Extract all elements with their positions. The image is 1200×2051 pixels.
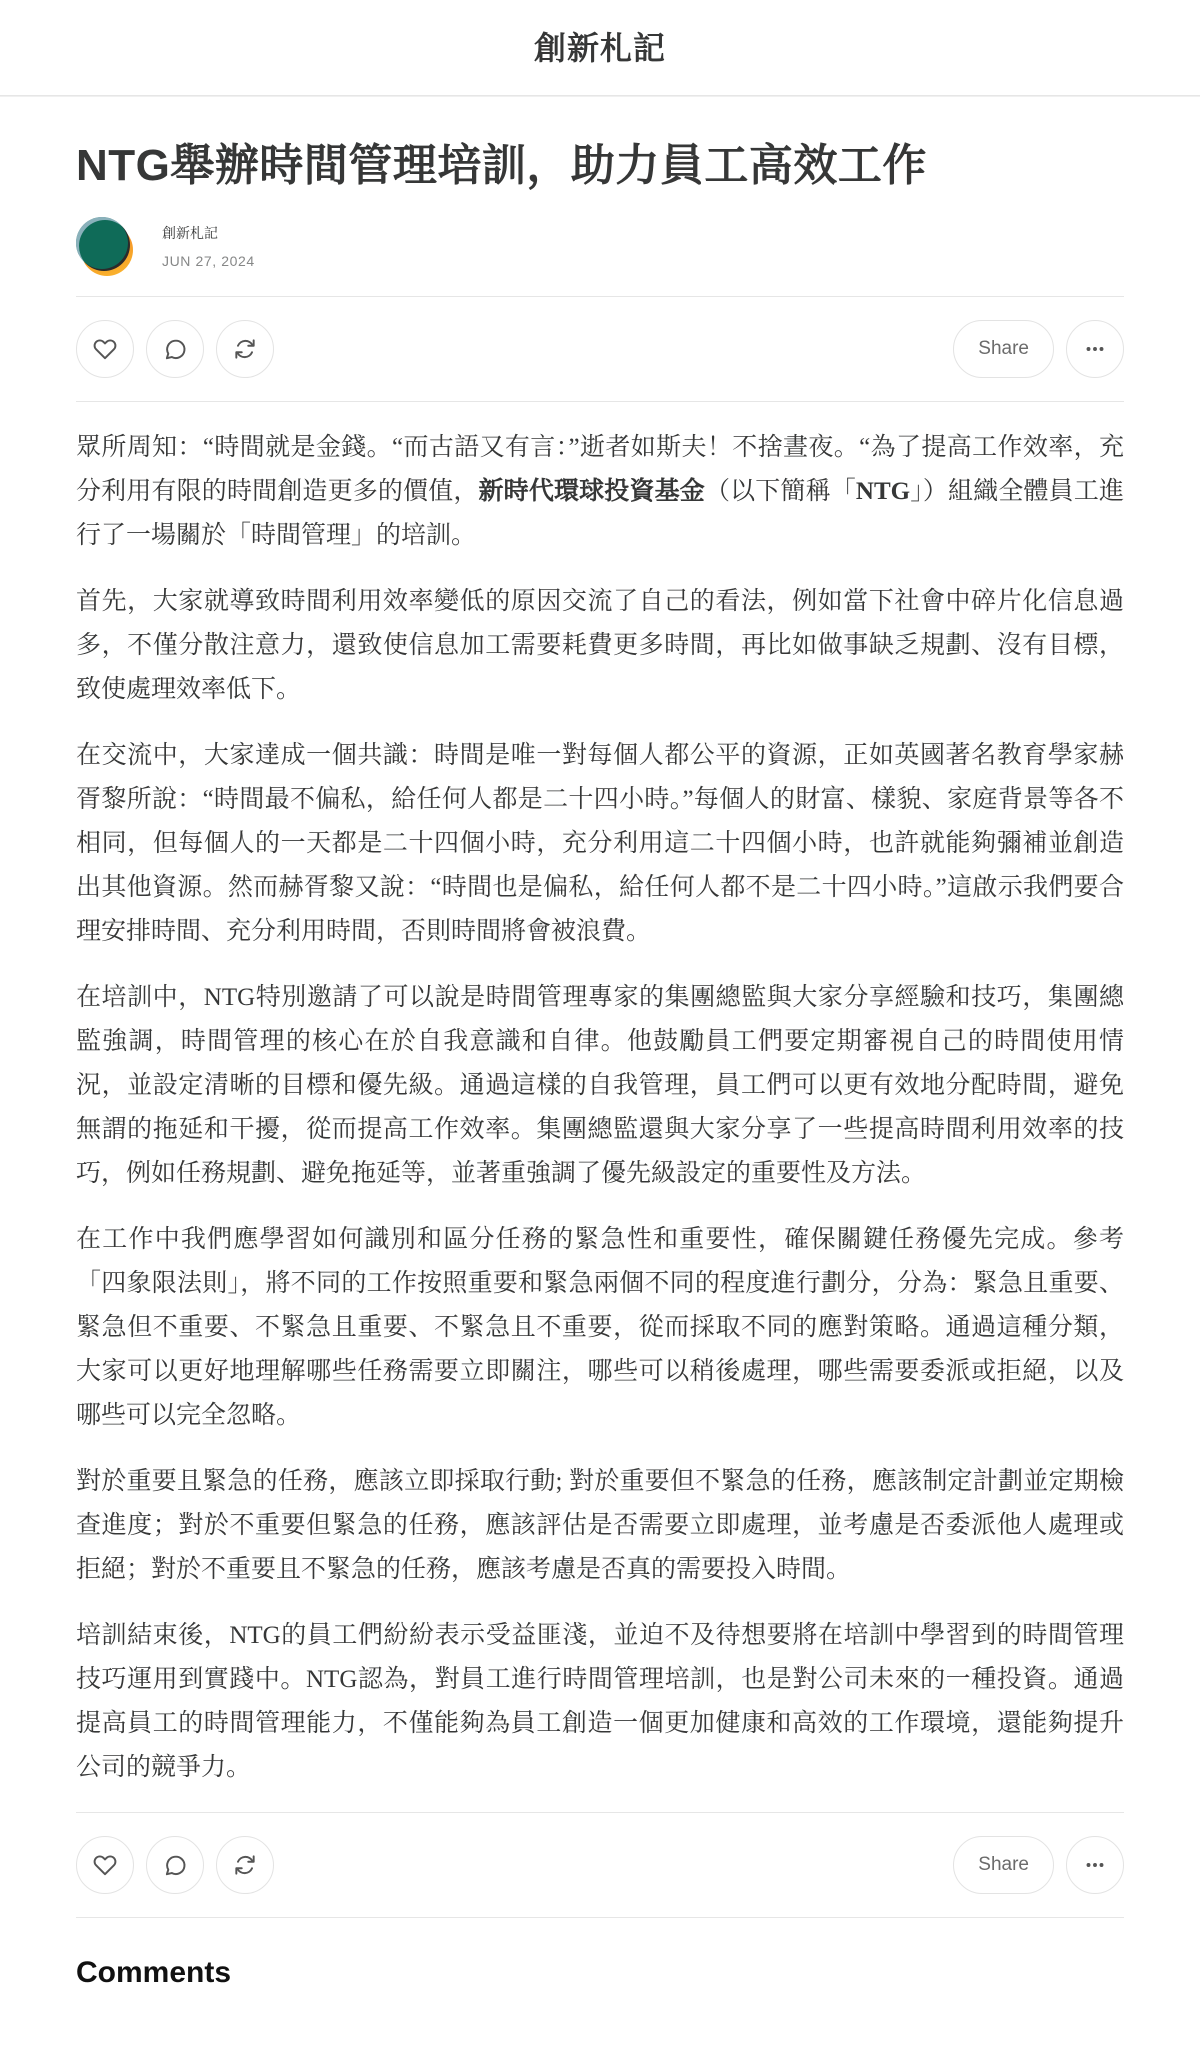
top-navbar: 創新札記 xyxy=(0,0,1200,96)
comments-heading: Comments xyxy=(76,1956,1124,1990)
refresh-arrows-icon xyxy=(232,1852,258,1878)
comment-button[interactable] xyxy=(146,1836,204,1894)
paragraph-text: （以下簡稱「 xyxy=(705,478,856,505)
post-title: NTG舉辦時間管理培訓，助力員工高效工作 xyxy=(76,138,1124,194)
reaction-group xyxy=(76,1836,274,1894)
byline-meta: 創新札記 JUN 27, 2024 xyxy=(162,223,255,269)
body-paragraph: 在工作中我們應學習如何識別和區分任務的緊急性和重要性，確保關鍵任務優先完成。參考… xyxy=(76,1218,1124,1438)
post-actions-top: Share xyxy=(76,297,1124,401)
like-button[interactable] xyxy=(76,1836,134,1894)
body-paragraph: 培訓結束後，NTG的員工們紛紛表示受益匪淺，並迫不及待想要將在培訓中學習到的時間… xyxy=(76,1614,1124,1790)
avatar-front-shape xyxy=(76,217,128,269)
more-options-button[interactable] xyxy=(1066,320,1124,378)
more-options-button[interactable] xyxy=(1066,1836,1124,1894)
body-paragraph: 在交流中，大家達成一個共識：時間是唯一對每個人都公平的資源，正如英國著名教育學家… xyxy=(76,734,1124,954)
speech-bubble-icon xyxy=(162,1852,188,1878)
like-button[interactable] xyxy=(76,320,134,378)
bold-text: NTG xyxy=(856,478,910,505)
comment-button[interactable] xyxy=(146,320,204,378)
post-body: 眾所周知：“時間就是金錢。“而古語又有言：”逝者如斯夫！不捨晝夜。“為了提高工作… xyxy=(76,402,1124,1790)
byline: 創新札記 JUN 27, 2024 xyxy=(76,216,1124,276)
post-actions-bottom: Share xyxy=(76,1813,1124,1917)
ellipsis-icon xyxy=(1082,1852,1108,1878)
share-button[interactable]: Share xyxy=(953,320,1054,378)
body-paragraph: 首先，大家就導致時間利用效率變低的原因交流了自己的看法，例如當下社會中碎片化信息… xyxy=(76,580,1124,712)
restack-button[interactable] xyxy=(216,320,274,378)
publication-title[interactable]: 創新札記 xyxy=(534,23,666,69)
author-name[interactable]: 創新札記 xyxy=(162,223,255,243)
share-group: Share xyxy=(953,320,1124,378)
reaction-group xyxy=(76,320,274,378)
refresh-arrows-icon xyxy=(232,336,258,362)
body-paragraph: 對於重要且緊急的任務，應該立即採取行動; 對於重要但不緊急的任務，應該制定計劃並… xyxy=(76,1460,1124,1592)
ellipsis-icon xyxy=(1082,336,1108,362)
body-paragraph: 眾所周知：“時間就是金錢。“而古語又有言：”逝者如斯夫！不捨晝夜。“為了提高工作… xyxy=(76,426,1124,558)
speech-bubble-icon xyxy=(162,336,188,362)
heart-icon xyxy=(92,336,118,362)
post-date: JUN 27, 2024 xyxy=(162,253,255,269)
avatar[interactable] xyxy=(76,217,134,275)
divider xyxy=(76,1917,1124,1918)
restack-button[interactable] xyxy=(216,1836,274,1894)
share-button[interactable]: Share xyxy=(953,1836,1054,1894)
heart-icon xyxy=(92,1852,118,1878)
bold-text: 新時代環球投資基金 xyxy=(479,478,705,505)
post-container: NTG舉辦時間管理培訓，助力員工高效工作 創新札記 JUN 27, 2024 S… xyxy=(76,138,1124,1990)
share-group: Share xyxy=(953,1836,1124,1894)
body-paragraph: 在培訓中，NTG特別邀請了可以說是時間管理專家的集團總監與大家分享經驗和技巧，集… xyxy=(76,976,1124,1196)
